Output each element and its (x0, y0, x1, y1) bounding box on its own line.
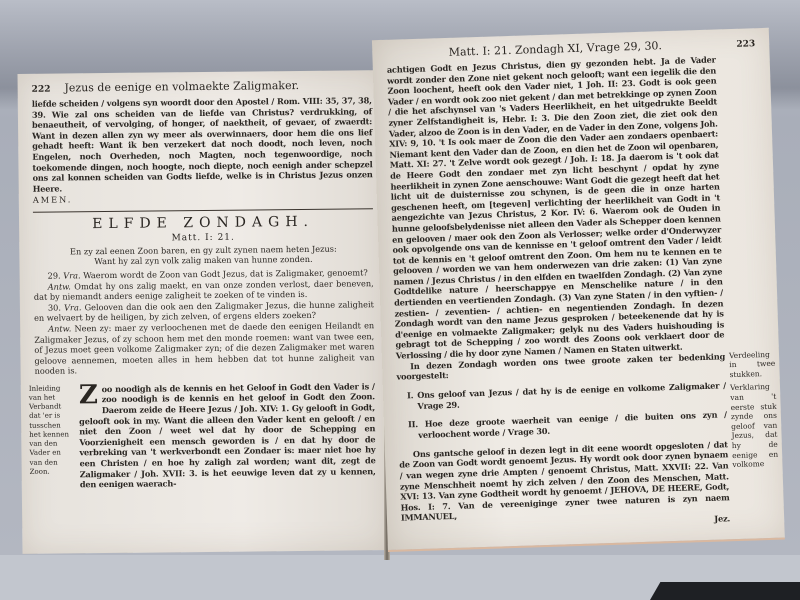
section-title: ELFDE ZONDAGH. (19, 213, 387, 233)
left-page-number: 222 (32, 85, 51, 95)
left-running-title: Jezus de eenige en volmaekte Zaligmaker. (64, 78, 371, 94)
left-page: 222 Jezus de eenige en volmaekte Zaligma… (17, 70, 390, 554)
right-paragraph-3: Ons gantsche geloof in dezen legt in dit… (399, 439, 730, 523)
right-margin-note-2: Verklaring van 't eerste stuk zynde ons … (730, 382, 779, 470)
section-divider (33, 208, 373, 213)
right-page-number: 223 (736, 39, 755, 50)
right-paragraph-1: achtigen Godt en Jezus Christus, dien gy… (387, 54, 725, 361)
drop-cap: Z (79, 384, 98, 406)
list-item-2: II. Hoe deze groote waerheit van eenige … (408, 410, 728, 441)
blackletter-paragraph: Zoo noodigh als de kennis en het Geloof … (79, 381, 376, 490)
left-margin-note: Inleiding van het Verbandt dat 'er is tu… (29, 384, 74, 490)
answer-30: Antw. Neen zy: maer zy verloochenen met … (34, 320, 375, 377)
left-top-paragraph: liefde scheiden / volgens syn woordt doo… (32, 95, 373, 194)
epigraph-verse: En zy zal eenen Zoon baren, en gy zult z… (37, 243, 369, 266)
right-page: Matt. I: 21. Zondagh XI, Vrage 29, 30. 2… (372, 28, 785, 552)
right-margin-note-1: Verdeeling in twee stukken. (729, 349, 776, 379)
amen: AMEN. (33, 192, 373, 206)
dark-object-corner (650, 582, 800, 600)
right-margin-notes: Verdeeling in twee stukken. Verklaring v… (729, 349, 780, 523)
left-running-head: 222 Jezus de eenige en volmaekte Zaligma… (32, 78, 372, 95)
list-item-1: I. Ons geloof van Jezus / dat hy is de e… (407, 380, 727, 411)
